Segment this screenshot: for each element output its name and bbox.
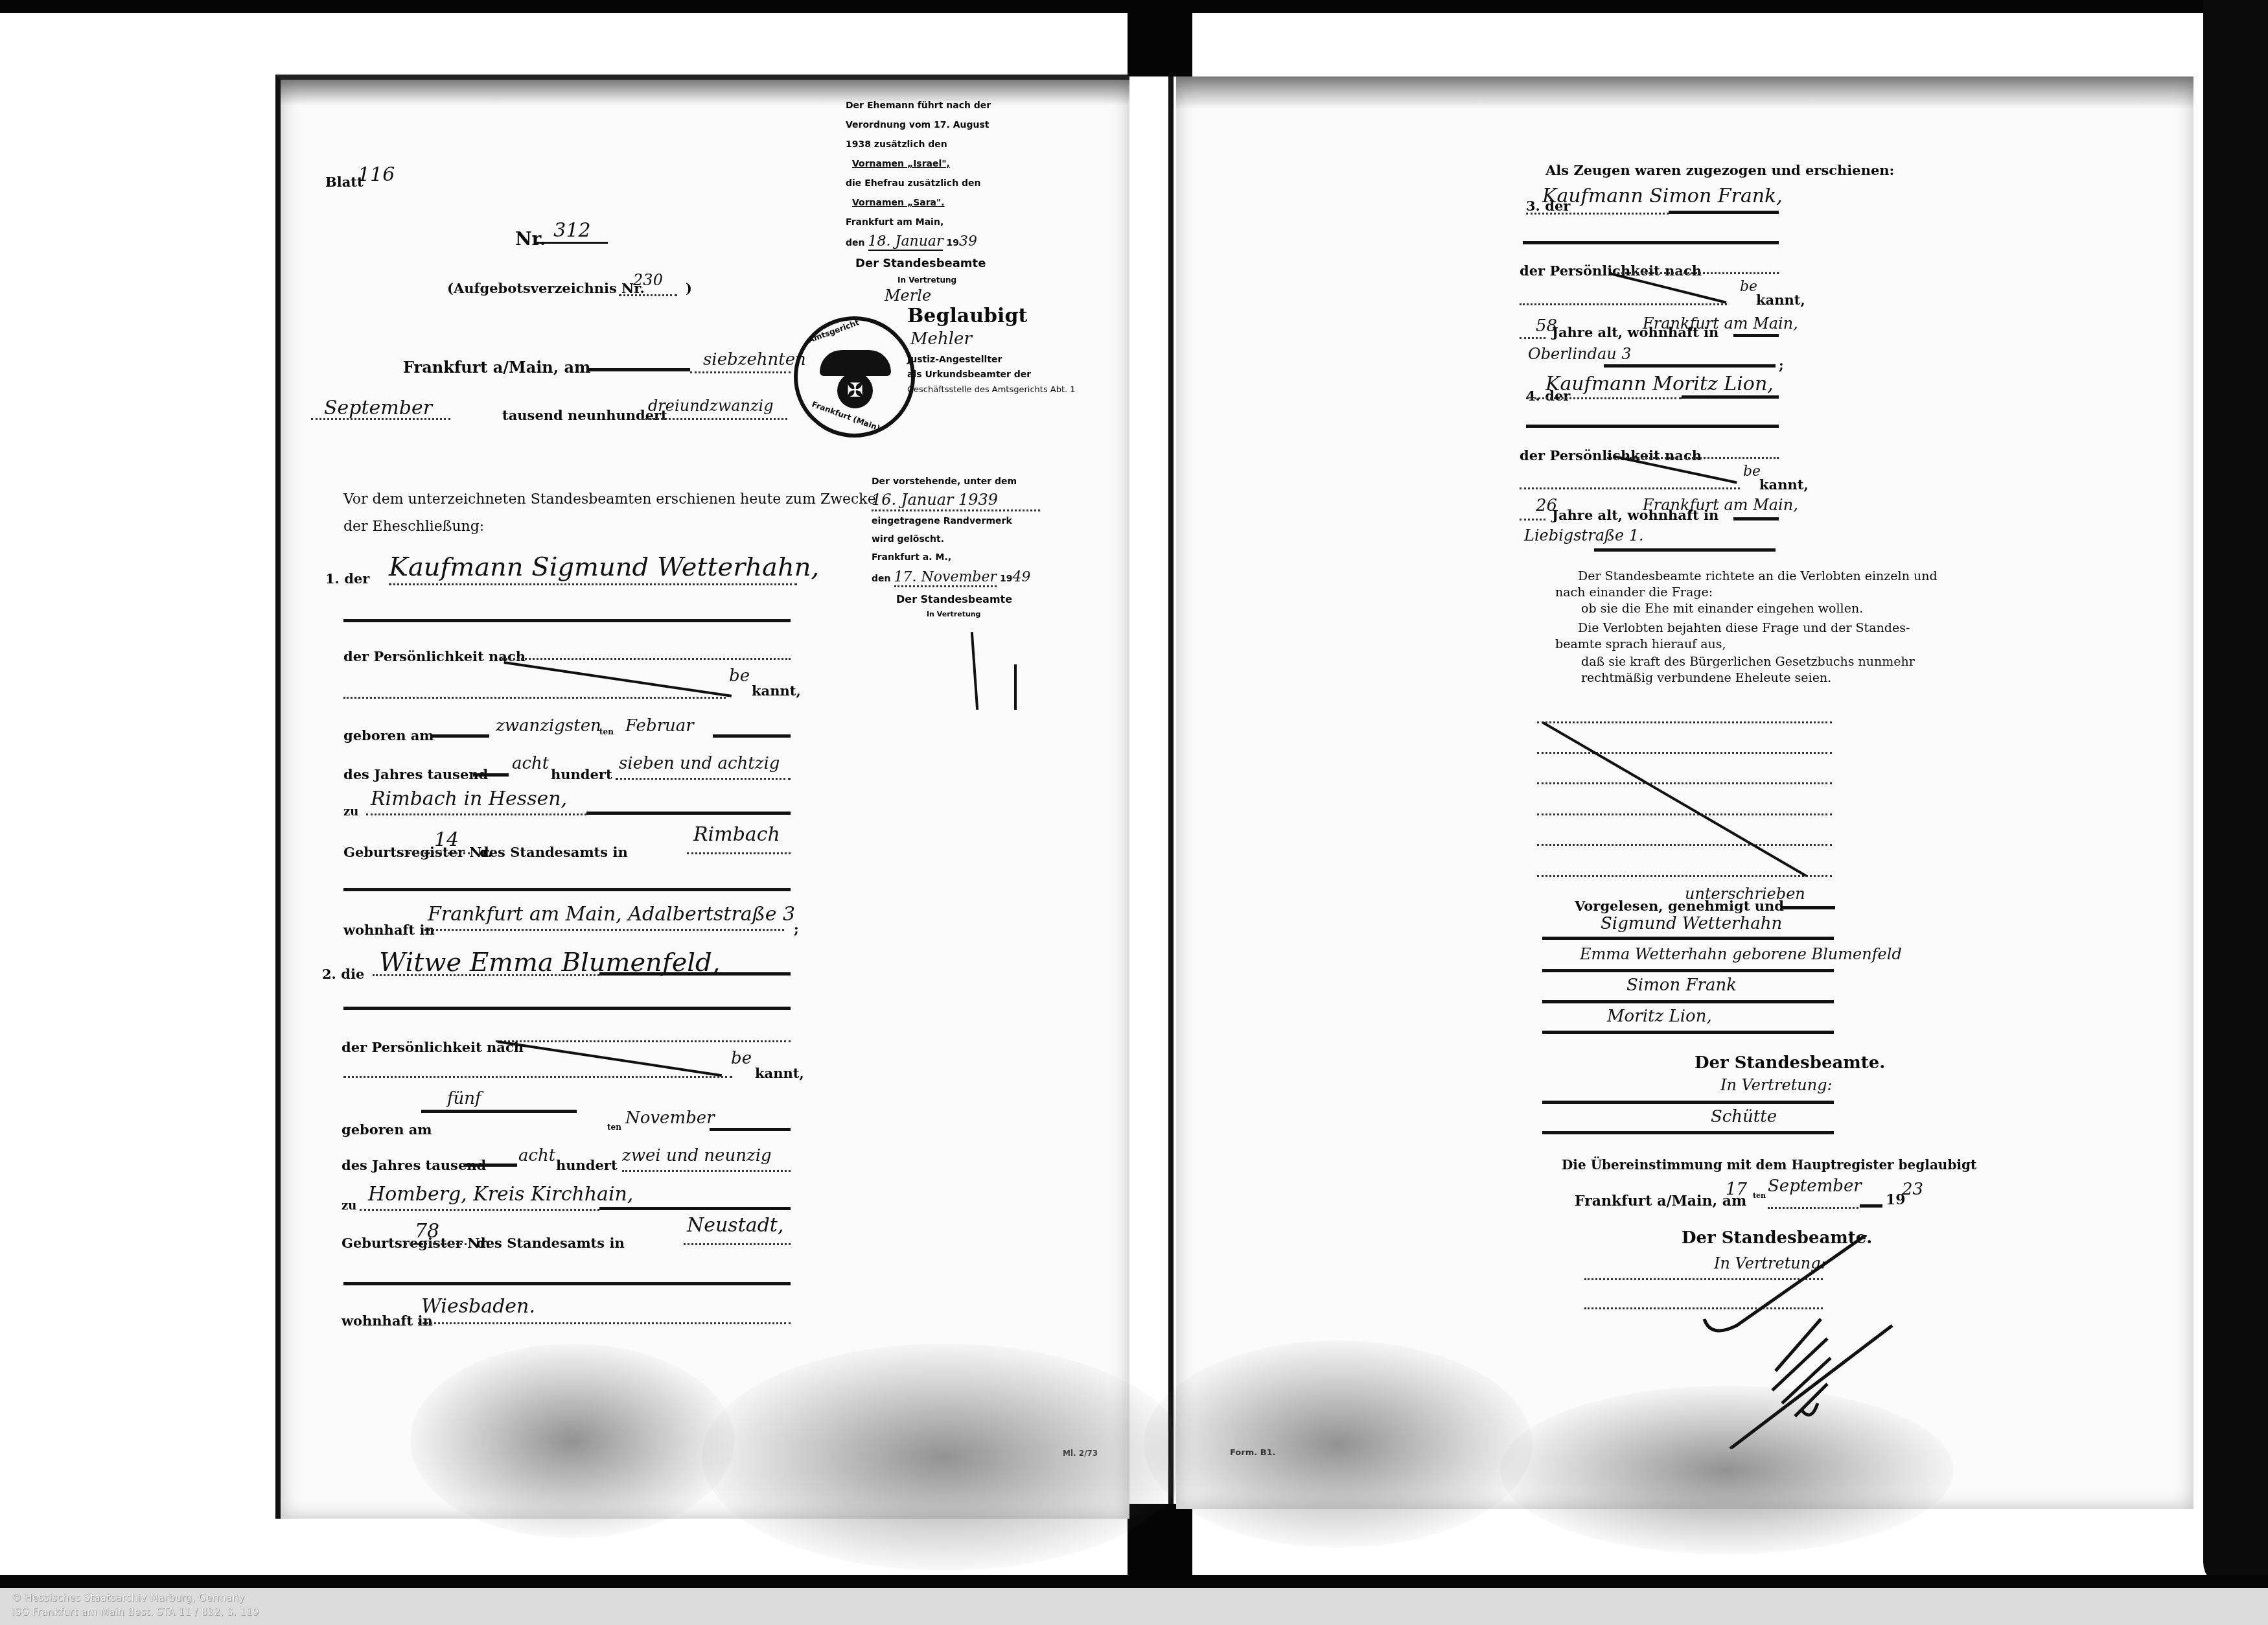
field-line — [311, 418, 450, 420]
person1-born-label: geboren am — [343, 727, 434, 743]
aufgebot-label: (Aufgebotsverzeichnis Nr. — [447, 280, 645, 296]
page-shadow — [281, 80, 1129, 106]
field-line — [366, 813, 586, 815]
aufgebot-close: ) — [686, 280, 692, 296]
blank-line — [343, 888, 791, 891]
margin-note-line: 1938 zusätzlich den — [846, 135, 1001, 154]
person2-residence: Wiesbaden. — [421, 1295, 535, 1318]
person1-born-month: Februar — [625, 716, 694, 736]
margin-note-1938: Der Ehemann führt nach der Verordnung vo… — [846, 96, 1001, 305]
blank-line — [1594, 548, 1776, 552]
witness-heading: Als Zeugen waren zugezogen und erschiene… — [1545, 162, 1894, 178]
smudge — [410, 1344, 734, 1538]
blank-line — [1782, 906, 1835, 909]
blank-line — [1542, 1131, 1834, 1134]
witness4-residence: Frankfurt am Main, — [1643, 496, 1798, 514]
witness4-known-label: kannt, — [1759, 476, 1809, 493]
record-day: siebzehnten — [703, 350, 806, 369]
official-signature: Schütte — [1711, 1107, 1777, 1127]
blank-line — [1860, 1204, 1882, 1208]
person2-born-month: November — [625, 1108, 715, 1128]
person2-office: Neustadt, — [687, 1214, 783, 1237]
person2-known-label: kannt, — [755, 1065, 804, 1081]
person2-office-label: des Standesamts in — [476, 1235, 625, 1251]
margin-note-deletion: Der vorstehende, unter dem 16. Januar 19… — [872, 473, 1066, 620]
blank-line — [599, 1207, 791, 1210]
person1-known-prefix: be — [729, 666, 750, 686]
signature-groom: Sigmund Wetterhahn — [1601, 914, 1782, 933]
scan-border-bottom — [0, 1575, 2268, 1588]
footer-mark: Ml. 2/73 — [1063, 1442, 1098, 1464]
witness4-name: Kaufmann Moritz Lion, — [1545, 373, 1774, 395]
attestation-place-label: Frankfurt a/Main, am — [1575, 1193, 1746, 1210]
witness3-street: Oberlindau 3 — [1528, 345, 1632, 363]
blank-line — [1542, 969, 1834, 972]
certification-line-3: Geschäftsstelle des Amtsgerichts Abt. 1 — [907, 384, 1076, 397]
blatt-value: 116 — [358, 163, 395, 186]
blank-line — [1526, 425, 1779, 428]
margin-note-deputy: In Vertretung — [846, 274, 1001, 286]
blank-line — [465, 1163, 517, 1167]
person1-year-rest: sieben und achtzig — [619, 754, 780, 773]
witness3-end: ; — [1779, 357, 1784, 373]
person1-residence-label: wohnhaft in — [343, 922, 435, 938]
margin-note-line: Verordnung vom 17. August — [846, 115, 1001, 135]
margin-note-den: den — [846, 238, 864, 248]
witness3-residence: Frankfurt am Main, — [1643, 314, 1798, 333]
field-line — [373, 974, 599, 976]
blank-line — [343, 619, 791, 622]
deletion-date-2: 17. November — [894, 569, 997, 587]
ceremony-line: Die Verlobten bejahten diese Frage und d… — [1578, 621, 1910, 635]
blank-line — [710, 1128, 791, 1131]
field-line — [418, 1322, 791, 1324]
person1-year-hundreds: acht — [512, 754, 549, 773]
deletion-den: den — [872, 574, 890, 584]
person1-register-no: 14 — [434, 828, 459, 851]
margin-note-year-prefix: 19 — [947, 238, 959, 248]
field-line — [1537, 782, 1832, 784]
intro-line-2: der Eheschließung: — [343, 519, 484, 535]
field-line — [1537, 875, 1832, 877]
blank-line — [1542, 1031, 1834, 1034]
certification-line-1: Justiz-Angestellter — [907, 353, 1002, 366]
deletion-official: Der Standesbeamte — [872, 590, 1066, 609]
certification-line-2: als Urkundsbeamter der — [907, 368, 1031, 381]
record-number: 312 — [537, 219, 608, 244]
attestation-year: 23 — [1902, 1180, 1923, 1199]
aufgebot-number: 230 — [619, 271, 677, 296]
signature-witness4: Moritz Lion, — [1607, 1007, 1712, 1026]
blank-line — [599, 972, 791, 976]
deletion-signature-stroke — [1014, 664, 1017, 710]
ceremony-line: beamte sprach hierauf aus, — [1555, 637, 1726, 651]
person1-hundert-label: hundert — [551, 766, 612, 782]
deletion-year-prefix: 19 — [1000, 574, 1012, 584]
form-mark: Form. B1. — [1230, 1442, 1276, 1464]
signature-bride: Emma Wetterhahn geborene Blumenfeld — [1580, 945, 1902, 963]
smudge — [702, 1344, 1188, 1571]
blank-line — [343, 1007, 791, 1010]
blank-line — [421, 1110, 577, 1113]
blank-line — [713, 734, 791, 738]
witness4-known-prefix: be — [1743, 463, 1761, 480]
margin-note-line: Frankfurt am Main, — [846, 213, 1001, 232]
field-line — [343, 697, 726, 699]
person2-residence-label: wohnhaft in — [341, 1313, 433, 1329]
page-shadow — [1176, 76, 2193, 109]
person1-residence-end: ; — [794, 920, 799, 937]
tausend-label: tausend neunhundert — [502, 407, 667, 423]
margin-note-line: Vornamen „Israel", — [846, 154, 1001, 174]
blank-line — [1604, 364, 1776, 368]
witness4-street: Liebigstraße 1. — [1524, 526, 1644, 544]
credit-line-2: ISG Frankfurt am Main Best. STA 11 / 832… — [12, 1606, 259, 1618]
field-line — [1520, 337, 1545, 339]
record-year: dreiundzwanzig — [648, 397, 774, 415]
deletion-line: Frankfurt a. M., — [872, 548, 1066, 567]
blank-line — [1523, 241, 1779, 244]
witness3-personality-label: der Persönlichkeit nach — [1520, 263, 1702, 279]
person2-year-hundreds: acht — [518, 1146, 555, 1165]
person2-born-suffix: ten — [607, 1123, 621, 1132]
witness3-known-prefix: be — [1740, 279, 1757, 295]
person1-born-suffix: ten — [599, 727, 614, 736]
person1-name: Kaufmann Sigmund Wetterhahn, — [389, 552, 819, 582]
person2-birthplace: Homberg, Kreis Kirchhain, — [368, 1183, 633, 1206]
field-line — [1526, 213, 1669, 215]
margin-note-date: 18. Januar — [868, 233, 943, 251]
place-label: Frankfurt a/Main, am — [403, 358, 590, 377]
person2-born-label: geboren am — [341, 1121, 432, 1138]
field-line — [408, 852, 470, 854]
field-line — [1537, 813, 1832, 815]
field-line — [687, 852, 791, 854]
field-line — [1768, 1207, 1858, 1209]
certification-signature: Mehler — [910, 329, 972, 349]
blank-line — [1733, 334, 1779, 337]
person1-personality-label: der Persönlichkeit nach — [343, 648, 526, 664]
book-spine — [1168, 76, 1174, 1587]
blank-line — [343, 1282, 791, 1285]
attestation-day: 17 — [1726, 1180, 1747, 1199]
person1-office: Rimbach — [693, 823, 780, 846]
person1-residence: Frankfurt am Main, Adalbertstraße 3 — [428, 903, 795, 926]
ceremony-line: rechtmäßig verbundene Eheleute seien. — [1581, 671, 1831, 685]
seal-eagle-icon — [820, 350, 891, 376]
blank-line — [1542, 1000, 1834, 1003]
deletion-line: wird gelöscht. — [872, 531, 1066, 548]
deletion-year: 49 — [1013, 569, 1031, 585]
field-line — [424, 929, 784, 931]
official-deputy: In Vertretung: — [1720, 1076, 1833, 1094]
field-line — [1610, 272, 1779, 274]
margin-note-line: Vornamen „Sara". — [846, 193, 1001, 213]
person2-zu-label: zu — [341, 1199, 356, 1213]
smudge — [1144, 1340, 1533, 1548]
record-month: September — [324, 397, 432, 419]
margin-note-signature: Merle — [846, 286, 1001, 305]
blank-line — [586, 368, 690, 371]
field-line — [405, 1243, 467, 1245]
field-line — [616, 778, 791, 780]
ceremony-line: ob sie die Ehe mit einander eingehen wol… — [1581, 602, 1863, 616]
blank-line — [586, 812, 791, 815]
archive-credit-bar: © Hessisches Staatsarchiv Marburg, Germa… — [0, 1588, 2268, 1625]
field-line — [690, 371, 791, 373]
attestation-signature — [1698, 1235, 1931, 1449]
field-line — [1537, 844, 1832, 846]
field-line — [642, 418, 787, 420]
witness3-name: Kaufmann Simon Frank, — [1542, 185, 1783, 207]
field-line — [1526, 397, 1682, 399]
field-line — [496, 1040, 791, 1042]
blank-line — [1542, 937, 1834, 940]
signature-witness3: Simon Frank — [1626, 976, 1737, 995]
field-line — [622, 1170, 791, 1172]
signatures-value: unterschrieben — [1685, 885, 1805, 903]
ceremony-line: Der Standesbeamte richtete an die Verlob… — [1578, 569, 1938, 583]
official-title: Der Standesbeamte. — [1695, 1053, 1885, 1073]
scan-border-right — [2203, 0, 2268, 1588]
person1-known-label: kannt, — [752, 683, 801, 699]
field-line — [684, 1243, 791, 1245]
field-line — [1537, 752, 1832, 754]
blank-line — [473, 773, 509, 777]
blank-line — [1733, 517, 1779, 520]
margin-note-line: Der Ehemann führt nach der — [846, 96, 1001, 115]
field-line — [1537, 721, 1832, 723]
person1-prefix: 1. der — [325, 570, 369, 587]
ceremony-line: nach einander die Frage: — [1555, 585, 1713, 600]
book-spine-top — [1128, 0, 1192, 76]
blank-line — [431, 734, 489, 738]
person2-prefix: 2. die — [322, 966, 364, 982]
field-line — [360, 1209, 599, 1211]
margin-note-official: Der Standesbeamte — [846, 254, 1001, 274]
person2-known-prefix: be — [731, 1049, 752, 1068]
person2-born-day: fünf — [447, 1089, 481, 1108]
blank-line — [1669, 211, 1779, 214]
person2-register-no: 78 — [415, 1220, 439, 1243]
field-line — [1520, 303, 1727, 305]
person1-office-label: des Standesamts in — [480, 844, 628, 860]
blank-line — [1542, 1101, 1834, 1104]
ceremony-line: daß sie kraft des Bürgerlichen Gesetzbuc… — [1581, 655, 1915, 669]
credit-line-1: © Hessisches Staatsarchiv Marburg, Germa… — [12, 1592, 244, 1604]
blank-line — [1682, 395, 1779, 399]
certification-title: Beglaubigt — [907, 305, 1027, 327]
attestation-line: Die Übereinstimmung mit dem Hauptregiste… — [1562, 1157, 1976, 1173]
person1-birthplace: Rimbach in Hessen, — [371, 788, 567, 810]
field-line — [343, 1076, 732, 1078]
field-line — [502, 658, 791, 660]
witness4-personality-label: der Persönlichkeit nach — [1520, 447, 1702, 463]
deletion-line: eingetragene Randvermerk — [872, 511, 1066, 531]
person2-year-label: des Jahres tausend — [341, 1157, 486, 1173]
field-line — [389, 583, 797, 585]
deletion-line: Der vorstehende, unter dem — [872, 473, 1066, 490]
deletion-deputy: In Vertretung — [872, 609, 1066, 620]
person2-year-rest: zwei und neunzig — [622, 1146, 772, 1165]
field-line — [1520, 487, 1740, 489]
margin-note-line: die Ehefrau zusätzlich den — [846, 174, 1001, 193]
deletion-date: 16. Januar 1939 — [872, 490, 1040, 511]
attestation-day-suffix: ten — [1753, 1191, 1766, 1200]
person2-hundert-label: hundert — [556, 1157, 618, 1173]
field-line — [1520, 519, 1545, 520]
attestation-month: September — [1768, 1176, 1862, 1196]
person1-zu-label: zu — [343, 805, 358, 819]
margin-note-year: 39 — [959, 233, 977, 250]
intro-line-1: Vor dem unterzeichneten Standesbeamten e… — [343, 491, 876, 508]
person1-born-day: zwanzigsten — [496, 716, 601, 736]
witness3-known-label: kannt, — [1756, 292, 1805, 308]
person1-year-label: des Jahres tausend — [343, 766, 488, 782]
